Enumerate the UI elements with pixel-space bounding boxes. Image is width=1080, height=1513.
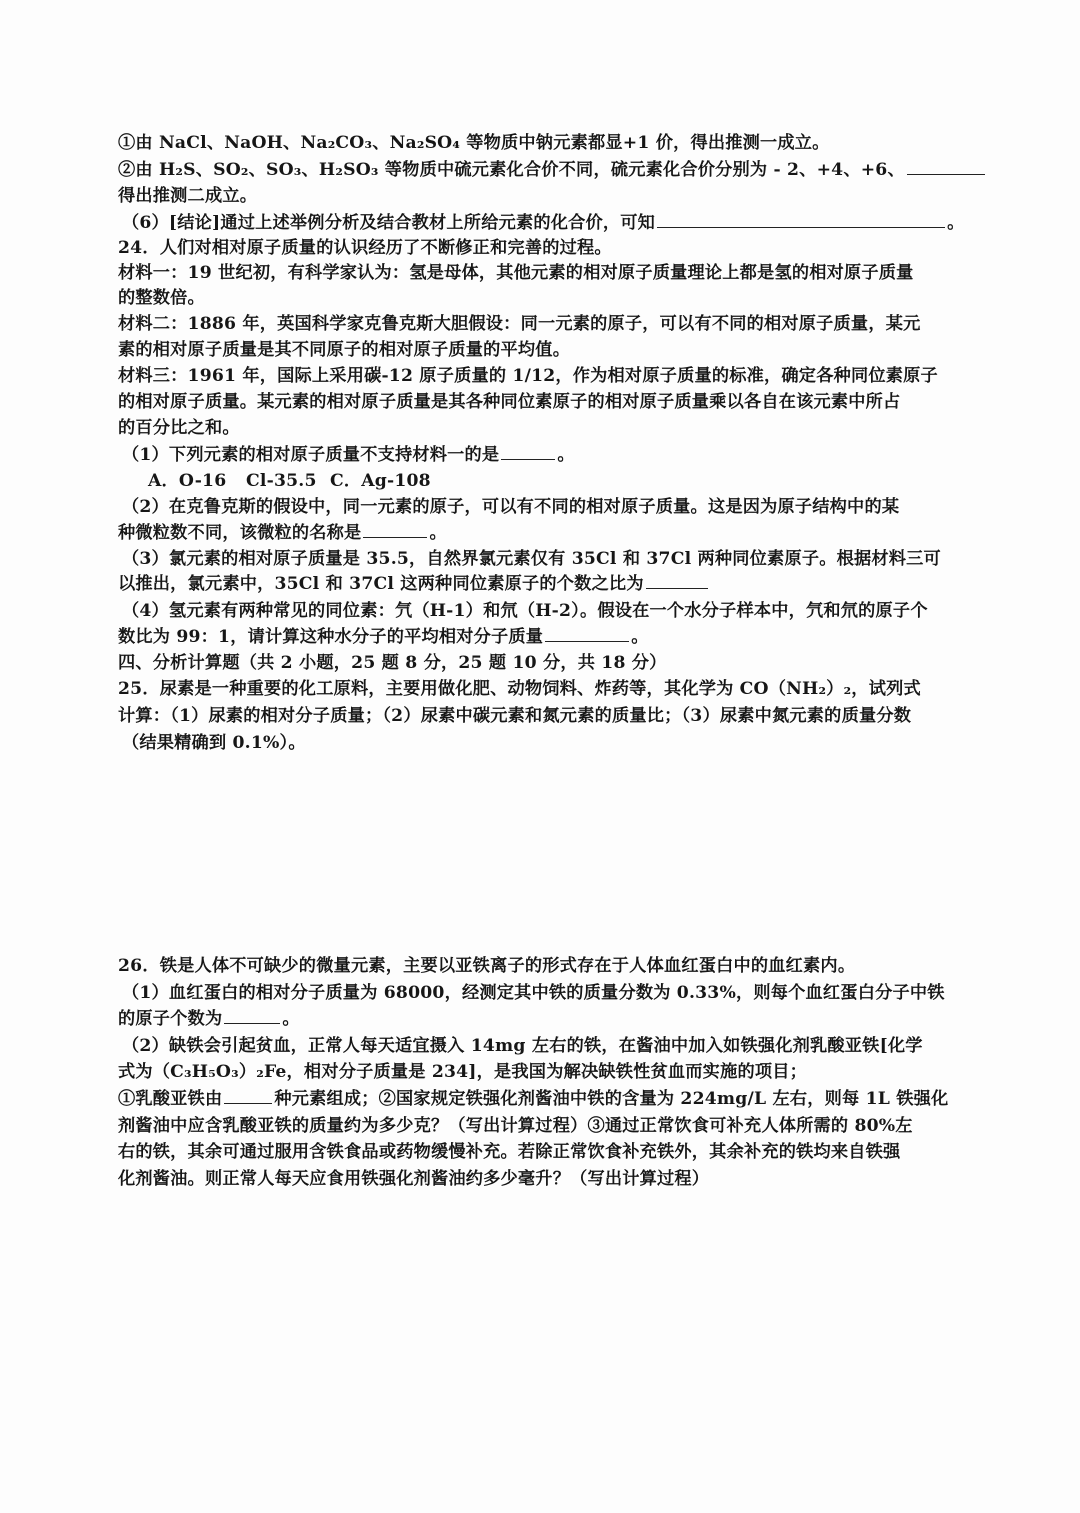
punct: 。 (557, 445, 574, 465)
q23-item2-cont-text: 得出推测二成立。 (118, 186, 257, 206)
q24-material2-cont-text: 素的相对原子质量是其不同原子的相对原子质量的平均值。 (118, 340, 570, 360)
q24-material2: 材料二：1886 年，英国科学家克鲁克斯大胆假设：同一元素的原子，可以有不同的相… (118, 312, 998, 336)
q24-material3-text: 材料三：1961 年，国际上采用碳-12 原子质量的 1/12，作为相对原子质量… (118, 366, 938, 386)
q24-sub2-text: （2）在克鲁克斯的假设中，同一元素的原子，可以有不同的相对原子质量。这是因为原子… (122, 497, 899, 517)
q24-sub3: （3）氯元素的相对原子质量是 35.5，自然界氯元素仅有 35Cl 和 37Cl… (122, 547, 1002, 571)
q26-title-text: 26．铁是人体不可缺少的微量元素，主要以亚铁离子的形式存在于人体血红蛋白中的血红… (118, 956, 855, 976)
punct: 。 (282, 1009, 299, 1029)
section-heading-text: 四、分析计算题（共 2 小题，25 题 8 分，25 题 10 分，共 18 分… (118, 653, 667, 673)
option-b: Cl-35.5 (246, 469, 330, 493)
q23-item2-text: ②由 H₂S、SO₂、SO₃、H₂SO₃ 等物质中硫元素化合价不同，硫元素化合价… (118, 160, 905, 180)
q23-conclusion-text: （6）[结论]通过上述举例分析及结合教材上所给元素的化合价，可知 (122, 213, 655, 233)
q23-conclusion: （6）[结论]通过上述举例分析及结合教材上所给元素的化合价，可知。 (122, 211, 1002, 235)
q26-sub2-text: （2）缺铁会引起贫血，正常人每天适宜摄入 14mg 左右的铁，在酱油中加入如铁强… (122, 1036, 923, 1056)
answer-blank[interactable] (224, 1008, 280, 1024)
punct: 。 (429, 523, 446, 543)
answer-blank[interactable] (501, 444, 555, 460)
q24-material1: 材料一：19 世纪初，有科学家认为：氢是母体，其他元素的相对原子质量理论上都是氢… (118, 261, 998, 285)
q26-sub2-cont-text: 式为（C₃H₅O₃）₂Fe，相对分子质量是 234]，是我国为解决缺铁性贫血而实… (118, 1062, 807, 1082)
q24-material1-cont-text: 的整数倍。 (118, 288, 205, 308)
q26-sub2-item2: 剂酱油中应含乳酸亚铁的质量约为多少克？（写出计算过程）③通过正常饮食可补充人体所… (118, 1114, 998, 1138)
q24-material3-cont-text: 的相对原子质量。某元素的相对原子质量是其各种同位素原子的相对原子质量乘以各自在该… (118, 392, 900, 412)
q24-title: 24．人们对相对原子质量的认识经历了不断修正和完善的过程。 (118, 236, 998, 260)
q26-sub2-item2-text: 剂酱油中应含乳酸亚铁的质量约为多少克？（写出计算过程）③通过正常饮食可补充人体所… (118, 1116, 913, 1136)
q24-sub2: （2）在克鲁克斯的假设中，同一元素的原子，可以有不同的相对原子质量。这是因为原子… (122, 495, 1002, 519)
section-heading: 四、分析计算题（共 2 小题，25 题 8 分，25 题 10 分，共 18 分… (118, 651, 998, 675)
answer-blank[interactable] (657, 212, 945, 228)
q24-sub4-cont: 数比为 99：1，请计算这种水分子的平均相对分子质量。 (118, 625, 998, 649)
q24-material3: 材料三：1961 年，国际上采用碳-12 原子质量的 1/12，作为相对原子质量… (118, 364, 998, 388)
q24-sub4: （4）氢元素有两种常见的同位素：氕（H-1）和氘（H-2）。假设在一个水分子样本… (122, 599, 1002, 623)
q25-line3: （结果精确到 0.1%）。 (122, 731, 1002, 755)
q26-title: 26．铁是人体不可缺少的微量元素，主要以亚铁离子的形式存在于人体血红蛋白中的血红… (118, 954, 998, 978)
q24-sub4-text: （4）氢元素有两种常见的同位素：氕（H-1）和氘（H-2）。假设在一个水分子样本… (122, 601, 928, 621)
q23-item1-text: ①由 NaCl、NaOH、Na₂CO₃、Na₂SO₄ 等物质中钠元素都显+1 价… (118, 133, 830, 153)
q25-line2: 计算：（1）尿素的相对分子质量；（2）尿素中碳元素和氮元素的质量比；（3）尿素中… (118, 704, 998, 728)
q25-line2-text: 计算：（1）尿素的相对分子质量；（2）尿素中碳元素和氮元素的质量比；（3）尿素中… (118, 706, 911, 726)
q24-material1-cont: 的整数倍。 (118, 286, 998, 310)
answer-blank[interactable] (907, 159, 985, 175)
option-c: C．Ag-108 (330, 469, 431, 493)
q24-material3-cont: 的相对原子质量。某元素的相对原子质量是其各种同位素原子的相对原子质量乘以各自在该… (118, 390, 998, 414)
q24-sub2-cont-text: 种微粒数不同，该微粒的名称是 (118, 523, 361, 543)
q26-sub2-item1-post: 种元素组成；②国家规定铁强化剂酱油中铁的含量为 224mg/L 左右，则每 1L… (274, 1089, 948, 1109)
answer-blank[interactable] (224, 1088, 272, 1104)
q25-line1-text: 25．尿素是一种重要的化工原料，主要用做化肥、动物饲料、炸药等，其化学为 CO（… (118, 679, 921, 699)
answer-blank[interactable] (363, 522, 427, 538)
q23-item1: ①由 NaCl、NaOH、Na₂CO₃、Na₂SO₄ 等物质中钠元素都显+1 价… (118, 131, 998, 155)
q24-material1-text: 材料一：19 世纪初，有科学家认为：氢是母体，其他元素的相对原子质量理论上都是氢… (118, 263, 914, 283)
q24-material2-text: 材料二：1886 年，英国科学家克鲁克斯大胆假设：同一元素的原子，可以有不同的相… (118, 314, 921, 334)
q26-sub2-item1-pre: ①乳酸亚铁由 (118, 1089, 222, 1109)
q24-material3-cont2: 的百分比之和。 (118, 416, 998, 440)
q26-sub2-item3-cont: 化剂酱油。则正常人每天应食用铁强化剂酱油约多少毫升？（写出计算过程） (118, 1167, 998, 1191)
option-a: A．O-16 (148, 469, 246, 493)
q25-line3-text: （结果精确到 0.1%）。 (122, 733, 306, 753)
q24-options: A．O-16Cl-35.5C．Ag-108 (148, 469, 1028, 493)
q26-sub2-cont: 式为（C₃H₅O₃）₂Fe，相对分子质量是 234]，是我国为解决缺铁性贫血而实… (118, 1060, 998, 1084)
q24-material3-cont2-text: 的百分比之和。 (118, 418, 240, 438)
q26-sub2-item3-cont-text: 化剂酱油。则正常人每天应食用铁强化剂酱油约多少毫升？（写出计算过程） (118, 1169, 709, 1189)
q23-item2: ②由 H₂S、SO₂、SO₃、H₂SO₃ 等物质中硫元素化合价不同，硫元素化合价… (118, 158, 998, 182)
q24-sub1: （1）下列元素的相对原子质量不支持材料一的是。 (122, 443, 1002, 467)
exam-page: ①由 NaCl、NaOH、Na₂CO₃、Na₂SO₄ 等物质中钠元素都显+1 价… (0, 0, 1080, 1513)
q26-sub1-cont: 的原子个数为。 (118, 1007, 998, 1031)
q26-sub2: （2）缺铁会引起贫血，正常人每天适宜摄入 14mg 左右的铁，在酱油中加入如铁强… (122, 1034, 1002, 1058)
q24-sub4-cont-text: 数比为 99：1，请计算这种水分子的平均相对分子质量 (118, 627, 543, 647)
punct: 。 (631, 627, 648, 647)
q24-sub3-cont-text: 以推出，氯元素中，35Cl 和 37Cl 这两种同位素原子的个数之比为 (118, 574, 644, 594)
answer-blank[interactable] (545, 626, 629, 642)
q23-item2-cont: 得出推测二成立。 (118, 184, 998, 208)
q24-sub2-cont: 种微粒数不同，该微粒的名称是。 (118, 521, 998, 545)
q26-sub2-item3-text: 右的铁，其余可通过服用含铁食品或药物缓慢补充。若除正常饮食补充铁外，其余补充的铁… (118, 1142, 900, 1162)
q24-sub3-text: （3）氯元素的相对原子质量是 35.5，自然界氯元素仅有 35Cl 和 37Cl… (122, 549, 941, 569)
q25-line1: 25．尿素是一种重要的化工原料，主要用做化肥、动物饲料、炸药等，其化学为 CO（… (118, 677, 998, 701)
q26-sub2-item3: 右的铁，其余可通过服用含铁食品或药物缓慢补充。若除正常饮食补充铁外，其余补充的铁… (118, 1140, 998, 1164)
punct: 。 (947, 213, 964, 233)
q24-sub3-cont: 以推出，氯元素中，35Cl 和 37Cl 这两种同位素原子的个数之比为 (118, 572, 998, 596)
q24-sub1-text: （1）下列元素的相对原子质量不支持材料一的是 (122, 445, 499, 465)
q24-title-text: 24．人们对相对原子质量的认识经历了不断修正和完善的过程。 (118, 238, 612, 258)
q26-sub1: （1）血红蛋白的相对分子质量为 68000，经测定其中铁的质量分数为 0.33%… (122, 981, 1002, 1005)
q24-material2-cont: 素的相对原子质量是其不同原子的相对原子质量的平均值。 (118, 338, 998, 362)
q26-sub1-text: （1）血红蛋白的相对分子质量为 68000，经测定其中铁的质量分数为 0.33%… (122, 983, 945, 1003)
q26-sub1-cont-text: 的原子个数为 (118, 1009, 222, 1029)
q26-sub2-item1: ①乳酸亚铁由种元素组成；②国家规定铁强化剂酱油中铁的含量为 224mg/L 左右… (118, 1087, 998, 1111)
answer-blank[interactable] (646, 573, 708, 589)
